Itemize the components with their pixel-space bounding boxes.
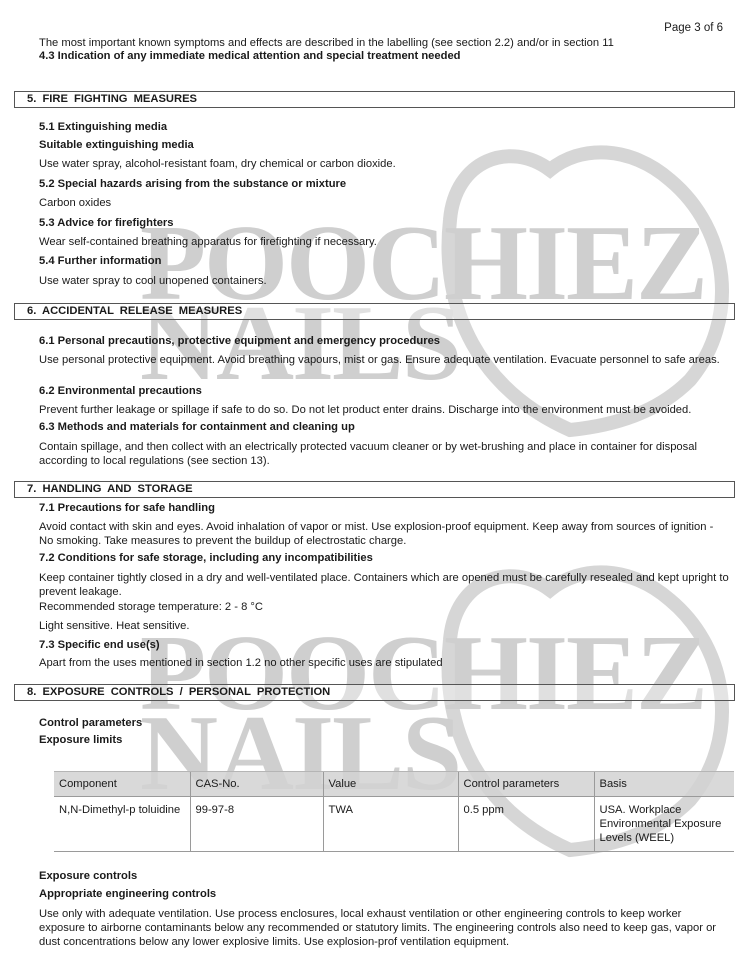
exposure-limits-table: Component CAS-No. Value Control paramete… <box>54 771 734 852</box>
heading-7-1: 7.1 Precautions for safe handling <box>39 502 215 514</box>
heading-7-3: 7.3 Specific end use(s) <box>39 639 160 651</box>
heading-exposure-controls: Exposure controls <box>39 870 137 882</box>
containment-text: Contain spillage, and then collect with … <box>39 440 729 468</box>
storage-temperature-text: Recommended storage temperature: 2 - 8 °… <box>39 601 263 613</box>
table-row: N,N-Dimethyl-p toluidine 99-97-8 TWA 0.5… <box>54 797 734 852</box>
further-info-text: Use water spray to cool unopened contain… <box>39 275 267 287</box>
section-8-header: 8. EXPOSURE CONTROLS / PERSONAL PROTECTI… <box>14 684 735 701</box>
heading-5-1: 5.1 Extinguishing media <box>39 121 167 133</box>
cell-control-parameters: 0.5 ppm <box>458 797 594 852</box>
heading-4-3: 4.3 Indication of any immediate medical … <box>39 50 461 62</box>
cell-value: TWA <box>323 797 458 852</box>
heading-6-2: 6.2 Environmental precautions <box>39 385 202 397</box>
column-header: Component <box>54 772 190 797</box>
table-header-row: Component CAS-No. Value Control paramete… <box>54 772 734 797</box>
heading-6-1: 6.1 Personal precautions, protective equ… <box>39 335 440 347</box>
heading-6-3: 6.3 Methods and materials for containmen… <box>39 421 355 433</box>
column-header: Basis <box>594 772 734 797</box>
section-5-header: 5. FIRE FIGHTING MEASURES <box>14 91 735 108</box>
heading-7-2: 7.2 Conditions for safe storage, includi… <box>39 552 373 564</box>
page-number: Page 3 of 6 <box>664 22 723 34</box>
firefighter-advice-text: Wear self-contained breathing apparatus … <box>39 236 377 248</box>
safe-storage-text: Keep container tightly closed in a dry a… <box>39 571 729 599</box>
column-header: Value <box>323 772 458 797</box>
symptoms-text: The most important known symptoms and ef… <box>39 37 614 49</box>
cell-component: N,N-Dimethyl-p toluidine <box>54 797 190 852</box>
heading-engineering-controls: Appropriate engineering controls <box>39 888 216 900</box>
sds-page: Page 3 of 6 The most important known sym… <box>0 0 750 971</box>
heading-5-2: 5.2 Special hazards arising from the sub… <box>39 178 346 190</box>
heading-control-parameters: Control parameters <box>39 717 142 729</box>
specific-end-use-text: Apart from the uses mentioned in section… <box>39 657 443 669</box>
heading-5-4: 5.4 Further information <box>39 255 161 267</box>
heading-suitable-media: Suitable extinguishing media <box>39 139 194 151</box>
heading-exposure-limits: Exposure limits <box>39 734 122 746</box>
column-header: Control parameters <box>458 772 594 797</box>
heading-5-3: 5.3 Advice for firefighters <box>39 217 174 229</box>
special-hazards-text: Carbon oxides <box>39 197 111 209</box>
sensitivity-text: Light sensitive. Heat sensitive. <box>39 620 190 632</box>
cell-cas-no: 99-97-8 <box>190 797 323 852</box>
section-6-header: 6. ACCIDENTAL RELEASE MEASURES <box>14 303 735 320</box>
suitable-media-text: Use water spray, alcohol-resistant foam,… <box>39 158 396 170</box>
environmental-precautions-text: Prevent further leakage or spillage if s… <box>39 404 691 416</box>
column-header: CAS-No. <box>190 772 323 797</box>
cell-basis: USA. Workplace Environmental Exposure Le… <box>594 797 734 852</box>
safe-handling-text: Avoid contact with skin and eyes. Avoid … <box>39 520 729 548</box>
engineering-controls-text: Use only with adequate ventilation. Use … <box>39 907 729 949</box>
personal-precautions-text: Use personal protective equipment. Avoid… <box>39 353 729 367</box>
section-7-header: 7. HANDLING AND STORAGE <box>14 481 735 498</box>
